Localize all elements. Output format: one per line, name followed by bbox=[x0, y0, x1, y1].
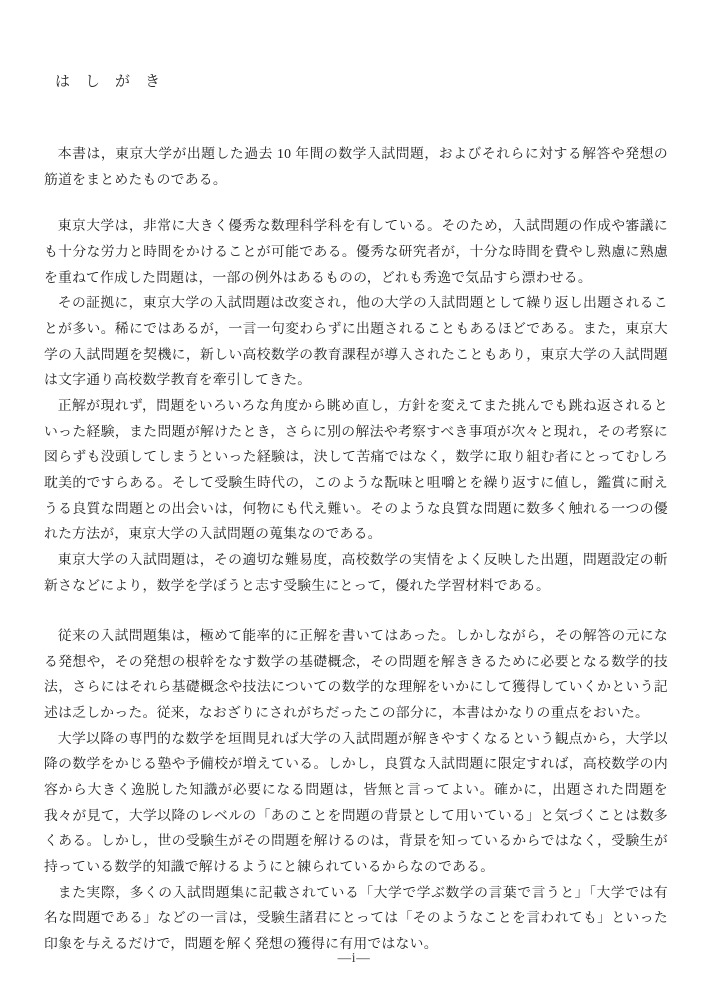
body-paragraph: また実際，多くの入試問題集に記載されている「大学で学ぶ数学の言葉で言うと」「大学… bbox=[44, 880, 668, 957]
page-title: はしがき bbox=[55, 0, 668, 92]
body-paragraph: 東京大学の入試問題は，その適切な難易度，高校数学の実情をよく反映した出題，問題設… bbox=[44, 547, 668, 598]
main-block: 東京大学は，非常に大きく優秀な数理科学科を有している。そのため，入試問題の作成や… bbox=[44, 213, 668, 598]
body-paragraph: 正解が現れず，問題をいろいろな角度から眺め直し，方針を変えてまた挑んでも跳ね返さ… bbox=[44, 393, 668, 547]
closing-block: 従来の入試問題集は，極めて能率的に正解を書いてはあった。しかしながら，その解答の… bbox=[44, 623, 668, 957]
body-paragraph: その証拠に，東京大学の入試問題は改変され，他の大学の入試問題として繰り返し出題さ… bbox=[44, 290, 668, 393]
document-page: はしがき 本書は，東京大学が出題した過去 10 年間の数学入試問題，およびそれら… bbox=[0, 0, 708, 1000]
body-paragraph: 大学以降の専門的な数学を垣間見れば大学の入試問題が解きやすくなるという観点から，… bbox=[44, 726, 668, 880]
body-paragraph: 東京大学は，非常に大きく優秀な数理科学科を有している。そのため，入試問題の作成や… bbox=[44, 213, 668, 290]
page-number: ―i― bbox=[0, 948, 708, 968]
body-paragraph: 従来の入試問題集は，極めて能率的に正解を書いてはあった。しかしながら，その解答の… bbox=[44, 623, 668, 726]
text-column: はしがき 本書は，東京大学が出題した過去 10 年間の数学入試問題，およびそれら… bbox=[44, 0, 668, 957]
intro-block: 本書は，東京大学が出題した過去 10 年間の数学入試問題，およびそれらに対する解… bbox=[44, 141, 668, 192]
body-paragraph: 本書は，東京大学が出題した過去 10 年間の数学入試問題，およびそれらに対する解… bbox=[44, 141, 668, 192]
